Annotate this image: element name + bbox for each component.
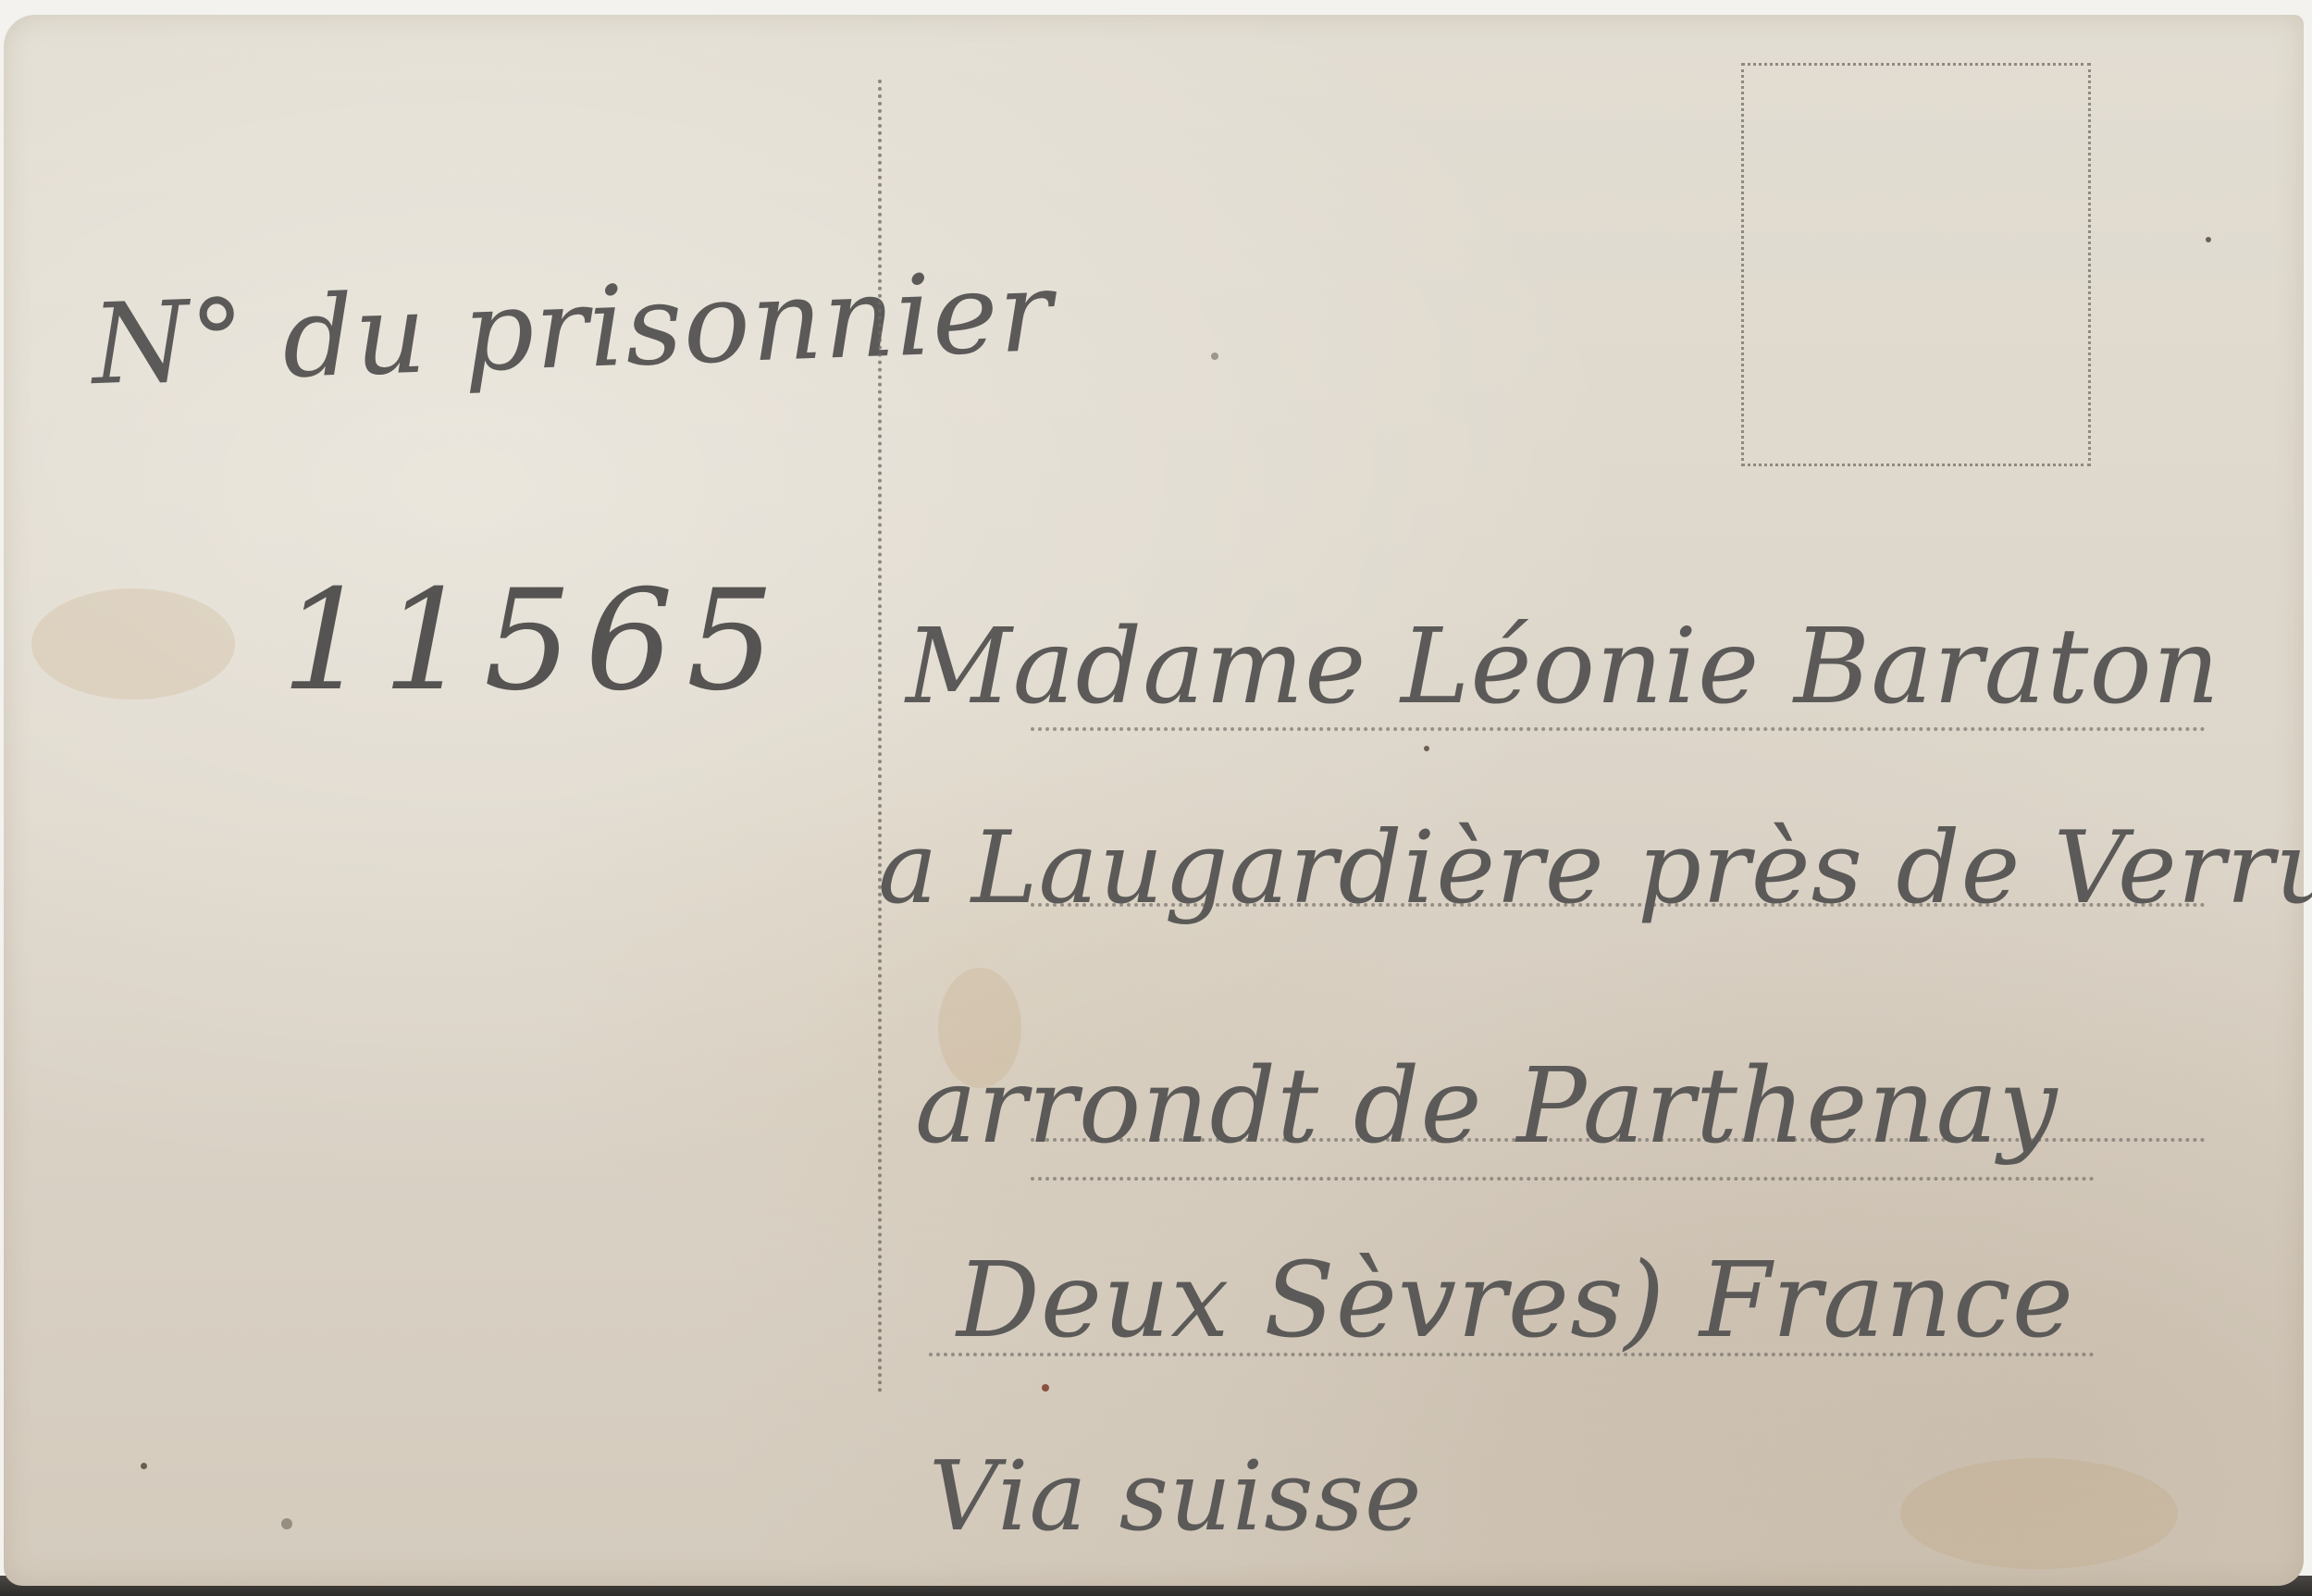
ink-spot	[1042, 1384, 1049, 1392]
paper-stain	[31, 588, 235, 699]
address-line-locality: a Laugardière près de Verruyes	[878, 810, 2312, 926]
address-line-department-country: Deux Sèvres) France	[957, 1241, 2074, 1361]
center-divider	[878, 80, 882, 1393]
paper-stain	[1900, 1458, 2178, 1569]
ink-spot	[141, 1463, 147, 1469]
stamp-box	[1741, 63, 2091, 466]
prisoner-number: 11565	[281, 561, 787, 722]
prisoner-number-label: N° du prisonnier	[90, 248, 1055, 410]
ink-spot	[1424, 746, 1429, 751]
address-rule	[1031, 1177, 2095, 1181]
address-rule	[1031, 727, 2206, 731]
ink-spot	[281, 1518, 292, 1529]
postcard: N° du prisonnier 11565 Madame Léonie Bar…	[4, 15, 2304, 1586]
address-line-routing: Via suisse	[929, 1440, 1423, 1553]
ink-spot	[1211, 353, 1218, 360]
ink-spot	[2206, 237, 2211, 242]
address-line-recipient: Madame Léonie Baraton	[906, 607, 2220, 727]
address-line-district: arrondt de Parthenay	[915, 1046, 2059, 1167]
